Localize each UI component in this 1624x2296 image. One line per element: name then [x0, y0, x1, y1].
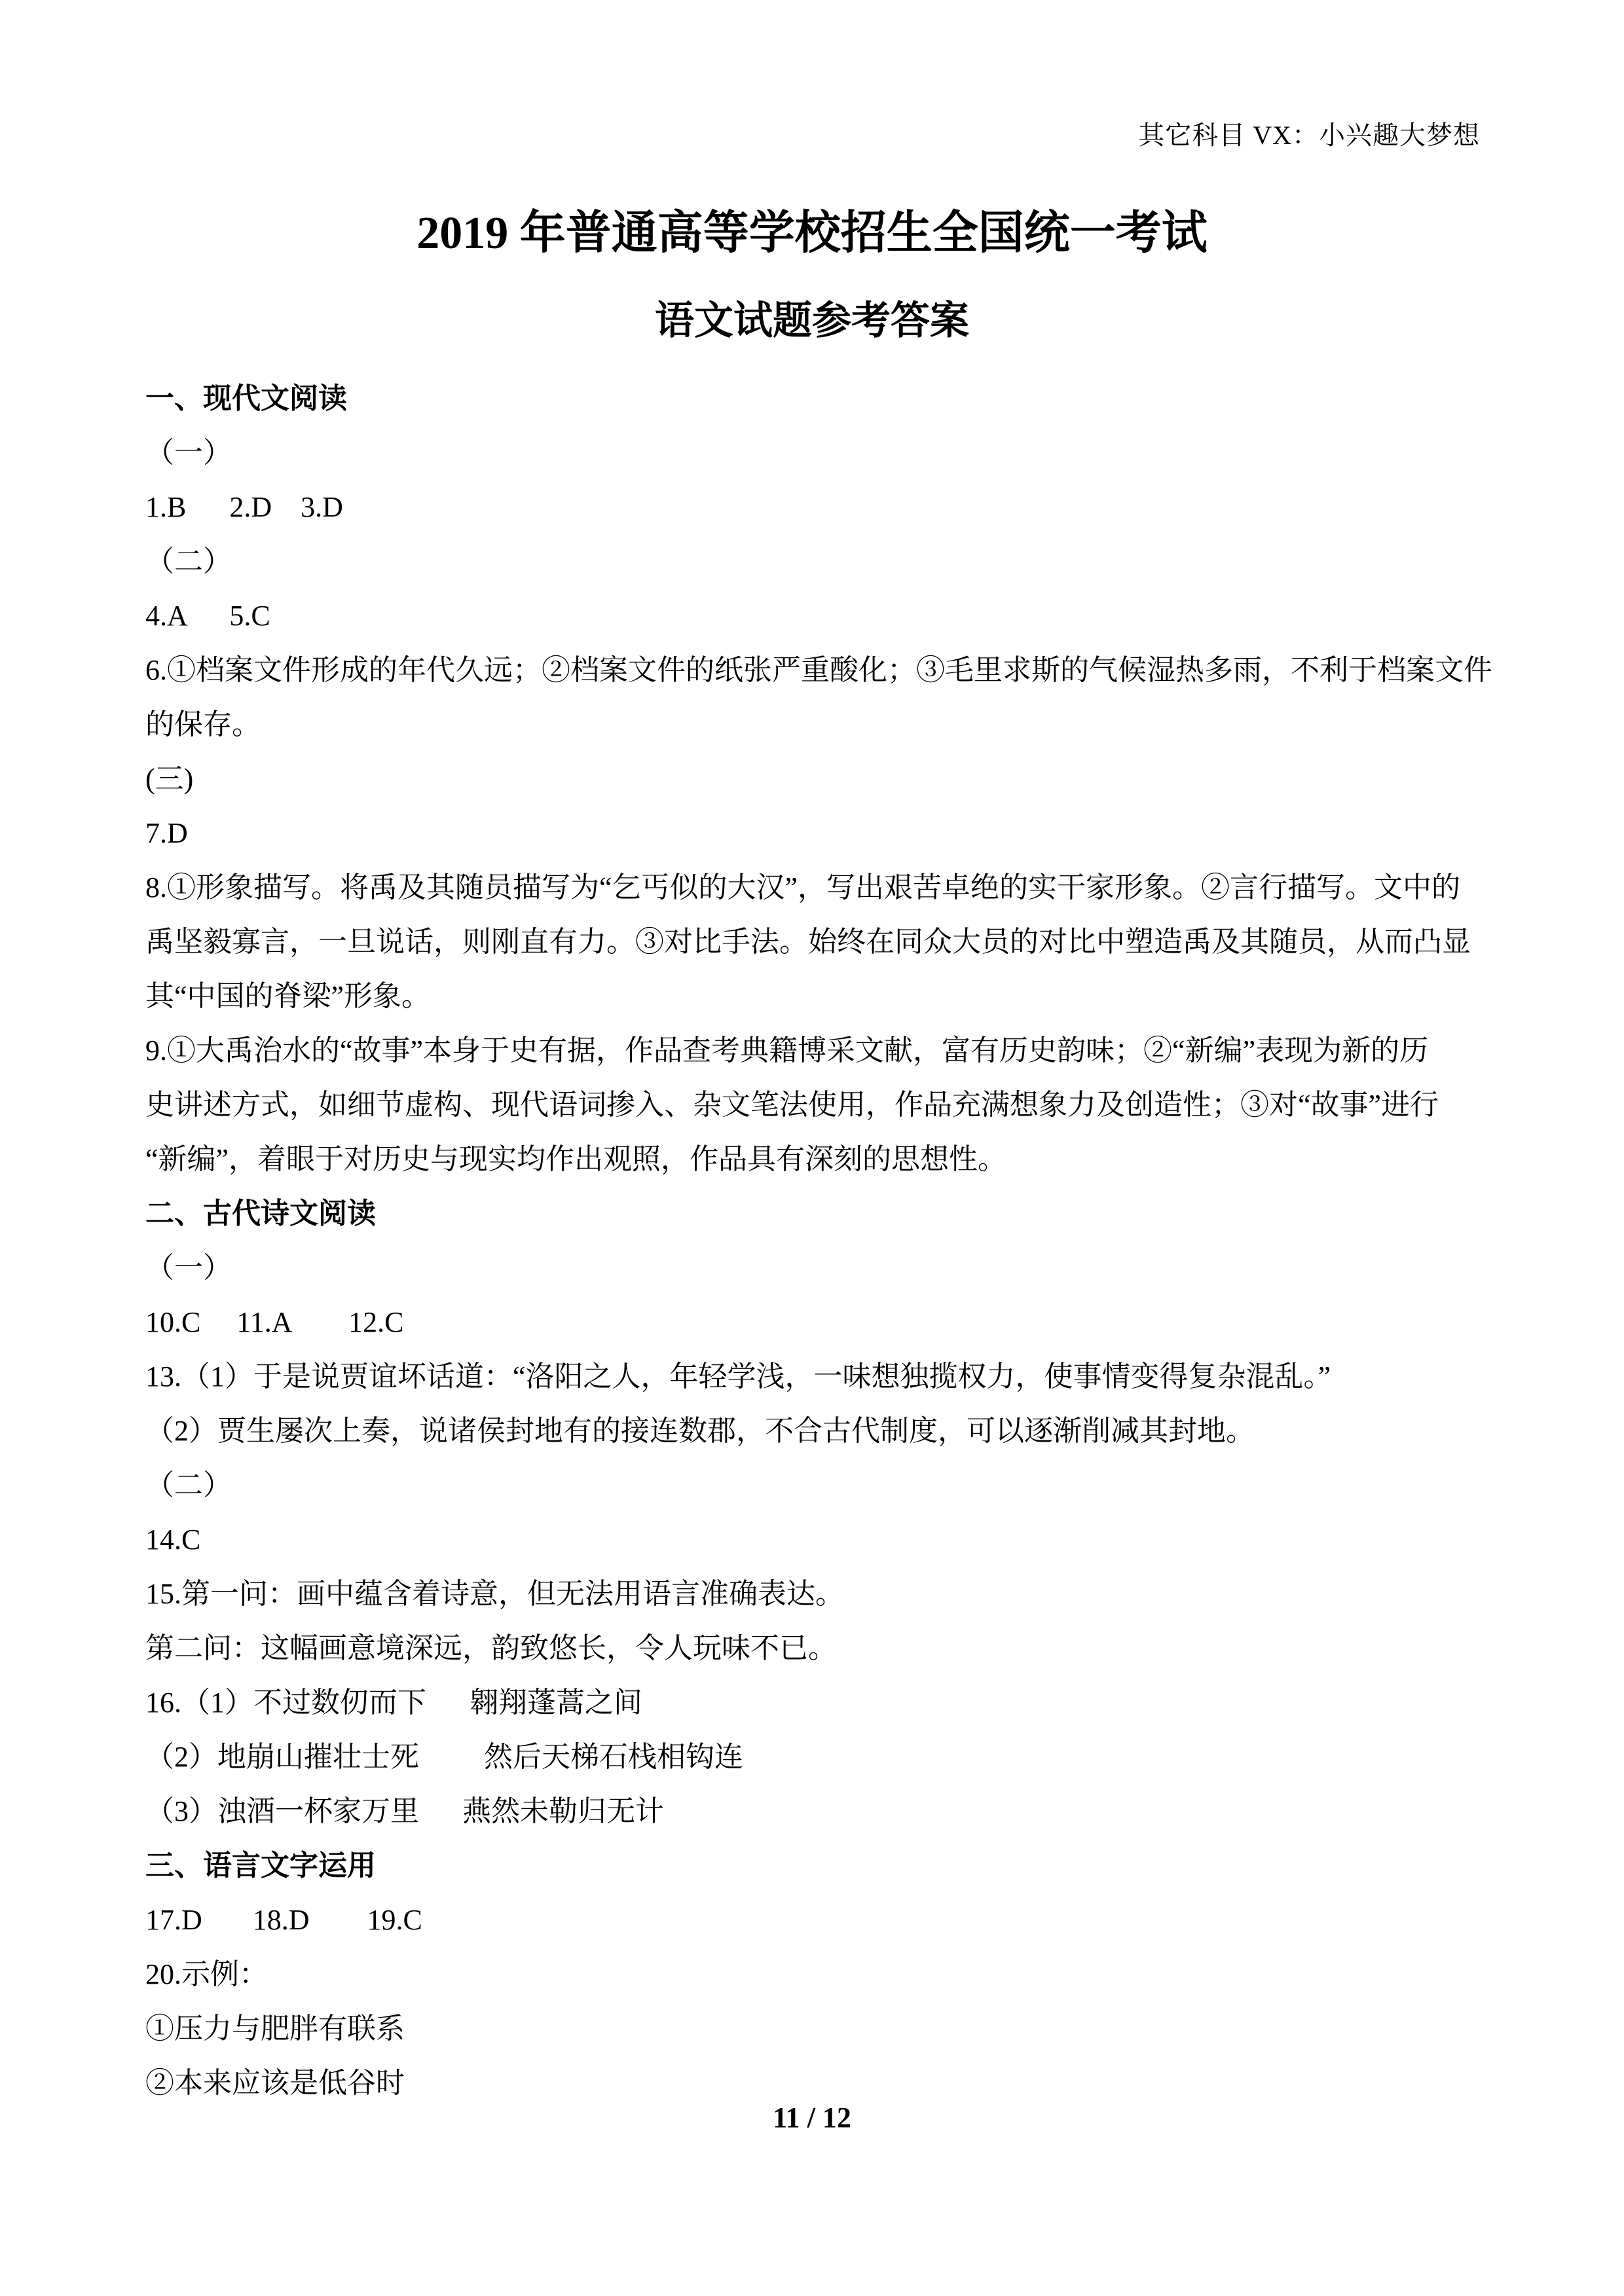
- section-heading: 二、古代诗文阅读: [145, 1186, 1481, 1241]
- body-line: 禹坚毅寡言，一旦说话，则刚直有力。③对比手法。始终在同众大员的对比中塑造禹及其随…: [145, 915, 1481, 969]
- document-page: 其它科目 VX：小兴趣大梦想 2019 年普通高等学校招生全国统一考试 语文试题…: [0, 0, 1624, 2296]
- body-line: 史讲述方式，如细节虚构、现代语词掺入、杂文笔法使用，作品充满想象力及创造性；③对…: [145, 1078, 1481, 1132]
- body-line: (三): [145, 752, 1481, 806]
- body-line: （一）: [145, 1241, 1481, 1295]
- body-line: 16.（1）不过数仞而下 翱翔蓬蒿之间: [145, 1675, 1481, 1730]
- body-line: 第二问：这幅画意境深远，韵致悠长，令人玩味不已。: [145, 1621, 1481, 1675]
- body-line: （3）浊酒一杯家万里 燕然未勒归无计: [145, 1784, 1481, 1838]
- body-line: 13.（1）于是说贾谊坏话道：“洛阳之人，年轻学浅，一味想独揽权力，使事情变得复…: [145, 1349, 1481, 1404]
- section-heading: 一、现代文阅读: [145, 371, 1481, 426]
- body-line: 9.①大禹治水的“故事”本身于史有据，作品查考典籍博采文献，富有历史韵味；②“新…: [145, 1023, 1481, 1078]
- body-line: 6.①档案文件形成的年代久远；②档案文件的纸张严重酸化；③毛里求斯的气候湿热多雨…: [145, 643, 1481, 697]
- body-line: 17.D 18.D 19.C: [145, 1893, 1481, 1947]
- body-line: 4.A 5.C: [145, 589, 1481, 643]
- content-lines: 一、现代文阅读（一）1.B 2.D 3.D（二）4.A 5.C6.①档案文件形成…: [145, 371, 1481, 2110]
- section-heading: 三、语言文字运用: [145, 1838, 1481, 1893]
- body-line: （2）贾生屡次上奏，说诸侯封地有的接连数郡，不合古代制度，可以逐渐削减其封地。: [145, 1404, 1481, 1458]
- body-line: 7.D: [145, 806, 1481, 860]
- page-title: 2019 年普通高等学校招生全国统一考试: [0, 204, 1624, 263]
- body-line: 8.①形象描写。将禹及其随员描写为“乞丐似的大汉”，写出艰苦卓绝的实干家形象。②…: [145, 860, 1481, 915]
- body-line: 14.C: [145, 1512, 1481, 1567]
- page-number: 11 / 12: [0, 2098, 1624, 2138]
- body-line: 15.第一问：画中蕴含着诗意，但无法用语言准确表达。: [145, 1567, 1481, 1621]
- body-line: （2）地崩山摧壮士死 然后天梯石栈相钩连: [145, 1730, 1481, 1784]
- body-line: 10.C 11.A 12.C: [145, 1295, 1481, 1349]
- body-line: （一）: [145, 426, 1481, 480]
- body-line: ①压力与肥胖有联系: [145, 2001, 1481, 2056]
- body-line: 的保存。: [145, 697, 1481, 752]
- body-line: （二）: [145, 534, 1481, 589]
- body-line: （二）: [145, 1458, 1481, 1512]
- body-line: “新编”，着眼于对历史与现实均作出观照，作品具有深刻的思想性。: [145, 1132, 1481, 1186]
- body-line: 其“中国的脊梁”形象。: [145, 969, 1481, 1023]
- page-subtitle: 语文试题参考答案: [0, 296, 1624, 346]
- body-line: 1.B 2.D 3.D: [145, 480, 1481, 534]
- body-line: 20.示例：: [145, 1947, 1481, 2001]
- header-note: 其它科目 VX：小兴趣大梦想: [1138, 120, 1480, 151]
